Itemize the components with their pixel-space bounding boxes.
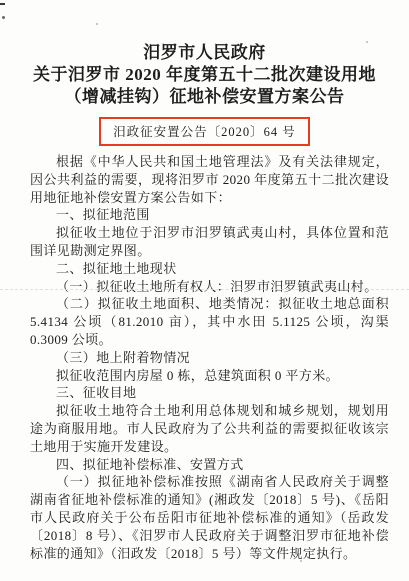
scan-speck [55, 548, 57, 550]
document-body: 根据《中华人民共和国土地管理法》及有关法律规定，因公共利益的需要，现将汨罗市 2… [30, 153, 389, 562]
document-title: 汨罗市人民政府 关于汨罗市 2020 年度第五十二批次建设用地 （增减挂钩）征地… [0, 42, 409, 108]
scan-edge-mark [0, 3, 5, 5]
heading-section-2: 二、拟征地土地现状 [30, 260, 389, 278]
title-line-2: 关于汨罗市 2020 年度第五十二批次建设用地 [0, 64, 409, 86]
document-number-row: 汨政征安置公告〔2020〕64 号 [0, 117, 409, 146]
paragraph-intro: 根据《中华人民共和国土地管理法》及有关法律规定，因公共利益的需要，现将汨罗市 2… [30, 153, 389, 206]
scan-speck [366, 41, 368, 43]
paragraph-buildings: 拟征收范围内房屋 0 栋，总建筑面积 0 平方米。 [30, 367, 389, 385]
paragraph-land-owner: （一）拟征收土地所有权人：汨罗市汨罗镇武夷山村。 [30, 278, 389, 296]
title-line-3: （增减挂钩）征地补偿安置方案公告 [0, 86, 409, 108]
document-number-highlight-box: 汨政征安置公告〔2020〕64 号 [99, 117, 310, 146]
document-page: 汨罗市人民政府 关于汨罗市 2020 年度第五十二批次建设用地 （增减挂钩）征地… [0, 0, 409, 581]
heading-section-3: 三、征收目地 [30, 384, 389, 402]
heading-section-4: 四、拟征地补偿标准、安置方式 [30, 456, 389, 474]
scan-edge-mark [2, 16, 5, 19]
scan-fold-line [0, 289, 409, 290]
heading-attachments: （三）地上附着物情况 [30, 349, 389, 367]
document-number: 汨政征安置公告〔2020〕64 号 [113, 125, 296, 139]
paragraph-land-area: （二）拟征收土地面积、地类情况：拟征收土地总面积 5.4134 公顷（81.20… [30, 295, 389, 348]
paragraph-purpose: 拟征收土地符合土地利用总体规划和城乡规划，规划用途为商服用地。市人民政府为了公共… [30, 402, 389, 455]
paragraph-land-location: 拟征收土地位于汨罗市汨罗镇武夷山村，具体位置和范围详见勘测定界图。 [30, 224, 389, 260]
scan-speck [96, 23, 98, 25]
paragraph-compensation-standard: （一）拟征地补偿标准按照《湖南省人民政府关于调整湖南省征地补偿标准的通知》(湘政… [30, 473, 389, 562]
scanned-announcement-document: { "page": { "background_color": "#fdfdfb… [0, 0, 409, 581]
title-line-1: 汨罗市人民政府 [0, 42, 409, 64]
heading-section-1: 一、拟征地范围 [30, 206, 389, 224]
scan-speck [300, 560, 302, 562]
